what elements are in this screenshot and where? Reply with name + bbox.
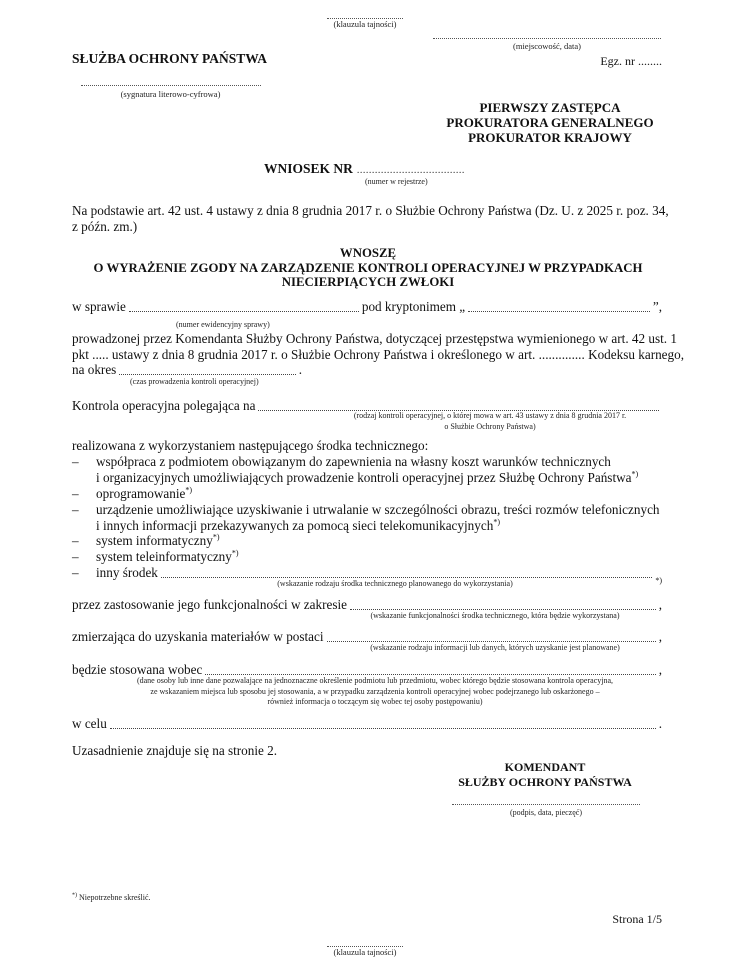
signature-line[interactable] [452,798,640,805]
signatory-title: KOMENDANT SŁUŻBY OCHRONY PAŃSTWA [430,760,660,790]
control-prefix: Kontrola operacyjna polegająca na [72,398,255,414]
signature-hint: (podpis, data, pieczęć) [448,808,644,817]
classification-top-line[interactable] [327,10,403,19]
title-line-3: NIECIERPIĄCYCH ZWŁOKI [60,275,676,290]
means-item-it-system[interactable]: –system informatyczny*) [72,533,220,549]
signatory-line-2: SŁUŻBY OCHRONY PAŃSTWA [430,775,660,790]
case-line: w sprawie pod kryptonimem „ ”, [72,299,662,315]
signatory-line-1: KOMENDANT [430,760,660,775]
purpose-line: w celu . [72,716,662,732]
means-text: urządzenie umożliwiające uzyskiwanie i u… [96,502,660,517]
means-text: system teleinformatyczny [96,549,232,564]
functionality-label: przez zastosowanie jego funkcjonalności … [72,597,347,613]
control-hint: (rodzaj kontroli operacyjnej, o której m… [300,410,680,432]
page-number: Strona 1/5 [560,912,662,927]
footnote-mark: *) [493,518,500,527]
materials-label: zmierzająca do uzyskania materiałów w po… [72,629,324,645]
justification-note: Uzasadnienie znajduje się na stronie 2. [72,743,662,759]
means-intro: realizowana z wykorzystaniem następujące… [72,438,662,454]
means-text: oprogramowanie [96,486,185,501]
request-number-input[interactable]: .................................... [357,165,465,176]
place-date-field: (miejscowość, data) [432,30,662,51]
footnote-text: Niepotrzebne skreślić. [77,893,151,902]
means-text: współpraca z podmiotem obowiązanym do za… [96,454,611,469]
addressee-line-2: PROKURATORA GENERALNEGO [430,115,670,130]
case-prefix: w sprawie [72,299,126,315]
legal-basis-line-1: Na podstawie art. 42 ust. 4 ustawy z dni… [72,203,664,219]
case-suffix: ”, [653,299,662,315]
period-suffix: . [299,362,302,378]
functionality-input[interactable] [350,609,656,610]
period-prefix: na okres [72,362,116,378]
legal-basis: Na podstawie art. 42 ust. 4 ustawy z dni… [72,203,664,235]
footnote-mark: *) [631,470,638,479]
target-input[interactable] [205,674,655,675]
target-hint: (dane osoby lub inne dane pozwalające na… [80,676,670,708]
signature-code-label: (sygnatura literowo-cyfrowa) [78,89,263,99]
addressee: PIERWSZY ZASTĘPCA PROKURATORA GENERALNEG… [430,100,670,145]
signature-field: (podpis, data, pieczęć) [448,798,644,817]
title-line-2: O WYRAŻENIE ZGODY NA ZARZĄDZENIE KONTROL… [60,261,676,276]
other-means-hint: (wskazanie rodzaju środka technicznego p… [230,579,560,588]
classification-top: (klauzula tajności) [300,10,430,29]
addressee-line-3: PROKURATOR KRAJOWY [430,130,670,145]
dash: – [72,565,96,581]
footnote: *) Niepotrzebne skreślić. [72,893,151,902]
other-means-input[interactable] [161,577,652,578]
dash: – [72,549,96,565]
functionality-hint: (wskazanie funkcjonalności środka techni… [330,611,660,620]
materials-input[interactable] [327,641,656,642]
target-hint-line-3: również informacja o toczącym się wobec … [80,697,670,708]
legal-basis-line-2: z późn. zm.) [72,219,664,235]
copy-number: Egz. nr ........ [540,53,662,69]
target-hint-line-2: ze wskazaniem miejsca lub sposobu jej st… [80,687,670,698]
period-hint: (czas prowadzenia kontroli operacyjnej) [130,377,259,386]
signature-code-line[interactable] [81,78,261,86]
title-line-1: WNOSZĘ [60,246,676,261]
request-number: WNIOSEK NR .............................… [264,160,465,178]
case-number-hint: (numer ewidencyjny sprawy) [176,320,270,329]
means-item-cooperation[interactable]: –współpraca z podmiotem obowiązanym do z… [72,454,638,486]
materials-hint: (wskazanie rodzaju informacji lub danych… [330,643,660,652]
control-hint-line-1: (rodzaj kontroli operacyjnej, o której m… [300,410,680,421]
means-item-teleinformatic-system[interactable]: –system teleinformatyczny*) [72,549,239,565]
classification-bottom-line[interactable] [327,938,403,947]
place-date-line[interactable] [433,30,661,39]
footnote-mark: *) [232,549,239,558]
target-hint-line-1: (dane osoby lub inne dane pozwalające na… [80,676,670,687]
means-text: system informatyczny [96,533,213,548]
means-text: i innych informacji przekazywanych za po… [96,518,493,533]
dash: – [72,486,96,502]
case-line-3: pkt ..... ustawy z dnia 8 grudnia 2017 r… [72,347,662,363]
classification-bottom-label: (klauzula tajności) [300,947,430,957]
control-hint-line-2: o Służbie Ochrony Państwa) [300,421,680,432]
period-input[interactable] [119,374,295,375]
dash: – [72,454,96,470]
case-number-input[interactable] [129,311,359,312]
means-item-software[interactable]: –oprogramowanie*) [72,486,192,502]
purpose-label: w celu [72,716,107,732]
request-number-hint: (numer w rejestrze) [365,177,428,186]
purpose-input[interactable] [110,728,656,729]
classification-bottom: (klauzula tajności) [300,938,430,957]
case-line-2: prowadzonej przez Komendanta Służby Ochr… [72,331,662,347]
footnote-mark: *) [185,486,192,495]
period-line: na okres . [72,362,302,378]
case-codename-input[interactable] [468,311,650,312]
addressee-line-1: PIERWSZY ZASTĘPCA [430,100,670,115]
classification-top-label: (klauzula tajności) [300,19,430,29]
dash: – [72,533,96,549]
case-codename-label: pod kryptonimem „ [362,299,465,315]
document-title: WNOSZĘ O WYRAŻENIE ZGODY NA ZARZĄDZENIE … [60,246,676,290]
purpose-end: . [659,716,662,732]
dash: – [72,502,96,518]
other-means-label: inny środek [96,565,158,581]
place-date-label: (miejscowość, data) [432,41,662,51]
signature-code-field: (sygnatura literowo-cyfrowa) [78,78,263,99]
means-item-device[interactable]: –urządzenie umożliwiające uzyskiwanie i … [72,502,660,534]
institution-name: SŁUŻBA OCHRONY PAŃSTWA [72,51,267,67]
request-number-label: WNIOSEK NR [264,161,353,176]
footnote-mark: *) [213,533,220,542]
means-text: i organizacyjnych umożliwiających prowad… [96,470,631,485]
